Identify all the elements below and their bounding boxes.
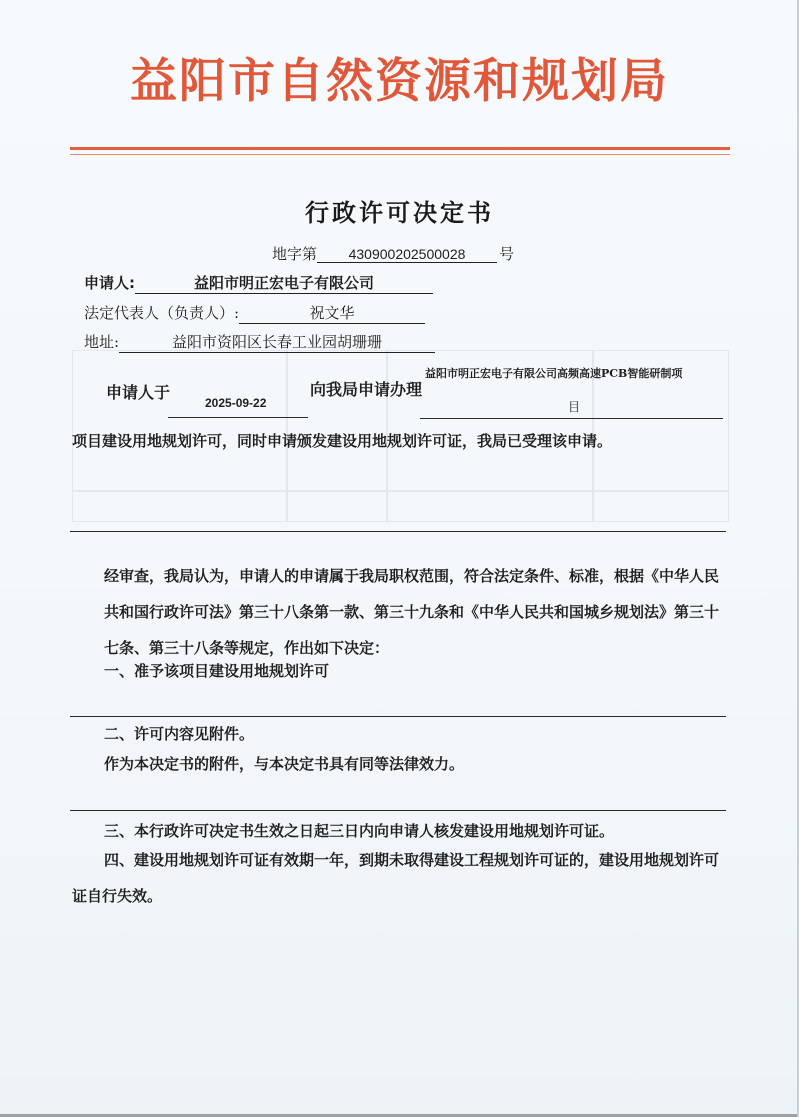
application-date: 2025-09-22 (205, 396, 266, 410)
legal-rep-field: 法定代表人（负责人）:祝文华 (84, 302, 425, 324)
decision-item-3: 三、本行政许可决定书生效之日起三日内向申请人核发建设用地规划许可证。 (104, 820, 614, 841)
bleed-through-table-row (72, 490, 729, 492)
project-name-line2: 目 (568, 398, 580, 415)
address-value: 益阳市资阳区长春工业园胡珊珊 (119, 331, 435, 353)
letterhead-rule-thick (70, 147, 730, 150)
decision-item-1: 一、准予该项目建设用地规划许可 (104, 660, 329, 681)
section-rule-1 (70, 531, 726, 532)
decision-item-4: 四、建设用地规划许可证有效期一年，到期未取得建设工程规划许可证的，建设用地规划许… (72, 842, 732, 914)
application-middle: 向我局申请办理 (310, 377, 422, 400)
document-title: 行政许可决定书 (0, 193, 799, 228)
document-number: 地字第430900202500028号 (272, 243, 514, 264)
address-label: 地址: (84, 333, 119, 351)
agency-letterhead: 益阳市自然资源和规划局 (0, 44, 799, 111)
legal-rep-value: 祝文华 (239, 302, 425, 324)
document-number-value: 430900202500028 (317, 246, 497, 263)
legal-rep-label: 法定代表人（负责人）: (84, 304, 239, 322)
document-number-prefix: 地字第 (272, 245, 317, 263)
project-name-line1: 益阳市明正宏电子有限公司高频高速PCB智能研制项 (425, 365, 682, 381)
date-underline (168, 417, 308, 418)
decision-text: 经审查，我局认为，申请人的申请属于我局职权范围，符合法定条件、标准，根据《中华人… (72, 558, 732, 666)
decision-paragraph: 经审查，我局认为，申请人的申请属于我局职权范围，符合法定条件、标准，根据《中华人… (72, 558, 732, 666)
application-prefix: 申请人于 (106, 380, 170, 403)
section-rule-2 (70, 716, 726, 717)
document-page: 益阳市自然资源和规划局 行政许可决定书 地字第430900202500028号 … (0, 0, 799, 1117)
letterhead-rule-thin (70, 154, 730, 155)
decision-item-2: 二、许可内容见附件。 (104, 723, 254, 744)
address-field: 地址:益阳市资阳区长春工业园胡珊珊 (84, 331, 435, 353)
section-rule-3 (70, 810, 726, 811)
document-number-suffix: 号 (499, 245, 514, 263)
applicant-field: 申请人:益阳市明正宏电子有限公司 (84, 272, 433, 294)
decision-item-4-text: 四、建设用地规划许可证有效期一年，到期未取得建设工程规划许可证的，建设用地规划许… (72, 842, 732, 914)
project-underline (420, 418, 723, 419)
decision-item-2-note: 作为本决定书的附件，与本决定书具有同等法律效力。 (104, 753, 464, 774)
application-continuation: 项目建设用地规划许可，同时申请颁发建设用地规划许可证，我局已受理该申请。 (72, 430, 612, 451)
applicant-label: 申请人: (84, 274, 135, 292)
applicant-value: 益阳市明正宏电子有限公司 (135, 272, 433, 294)
